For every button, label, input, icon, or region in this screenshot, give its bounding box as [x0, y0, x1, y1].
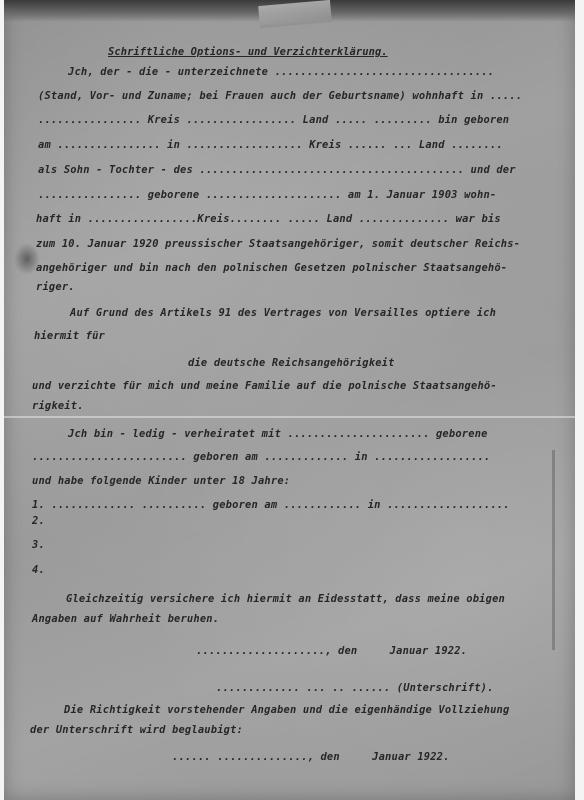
- text-line: am ................ in .................…: [38, 139, 503, 151]
- text-line: Auf Grund des Artikels 91 des Vertrages …: [70, 307, 496, 319]
- signature-line: ............. ... .. ...... (Unterschrif…: [216, 682, 494, 694]
- text-line: angehöriger und bin nach den polnischen …: [36, 262, 507, 274]
- text-line: und verzichte für mich und meine Familie…: [32, 380, 497, 392]
- text-line: zum 10. Januar 1920 preussischer Staatsa…: [36, 238, 520, 250]
- text-line: rigkeit.: [32, 400, 84, 412]
- text-line: als Sohn - Tochter - des ...............…: [38, 164, 516, 176]
- text-line: der Unterschrift wird beglaubigt:: [30, 724, 243, 736]
- text-line: Gleichzeitig versichere ich hiermit an E…: [66, 593, 505, 605]
- text-line: ........................ geboren am ....…: [32, 451, 490, 463]
- text-line: die deutsche Reichsangehörigkeit: [188, 357, 395, 369]
- list-item: 3.: [32, 539, 45, 551]
- document-title: Schriftliche Options- und Verzichterklär…: [108, 46, 388, 58]
- list-item: 2.: [32, 515, 45, 527]
- text-line: und habe folgende Kinder unter 18 Jahre:: [32, 475, 290, 487]
- document-text: Schriftliche Options- und Verzichterklär…: [0, 0, 584, 800]
- list-item: 4.: [32, 564, 45, 576]
- text-line: (Stand, Vor- und Zuname; bei Frauen auch…: [38, 90, 522, 102]
- text-line: Jch, der - die - unterzeichnete ........…: [68, 66, 494, 78]
- text-line: ................ Kreis .................…: [38, 114, 509, 126]
- text-line: Angaben auf Wahrheit beruhen.: [32, 613, 219, 625]
- text-line: riger.: [36, 281, 75, 293]
- text-line: haft in .................Kreis........ .…: [36, 213, 501, 225]
- text-line: Die Richtigkeit vorstehender Angaben und…: [64, 704, 509, 716]
- text-line: hiermit für: [34, 330, 105, 342]
- date-line: ...................., den Januar 1922.: [196, 645, 467, 657]
- text-line: ................ geborene ..............…: [38, 189, 496, 201]
- date-line: ...... .............., den Januar 1922.: [172, 751, 450, 763]
- list-item: 1. ............. .......... geboren am .…: [32, 499, 510, 511]
- text-line: Jch bin - ledig - verheiratet mit ......…: [68, 428, 488, 440]
